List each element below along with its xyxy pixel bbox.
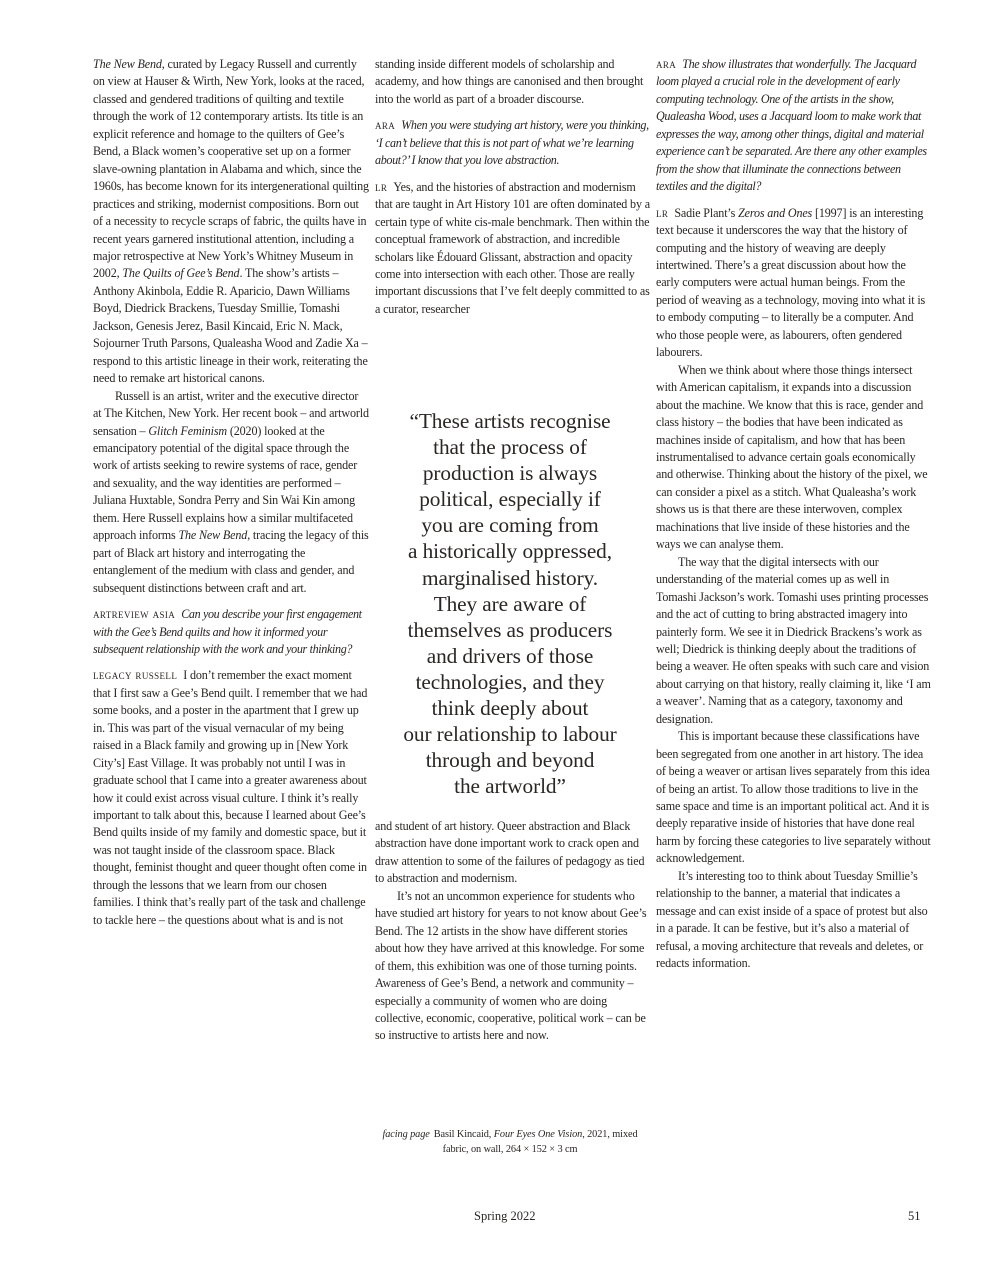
speaker-label: LR xyxy=(656,206,668,220)
column-3: ARAThe show illustrates that wonderfully… xyxy=(656,56,932,973)
speaker-label: LR xyxy=(375,180,387,194)
speaker-label: ArtReview Asia xyxy=(93,607,175,621)
caption-lead: facing page xyxy=(382,1129,429,1140)
page-number: 51 xyxy=(908,1209,921,1224)
answer-2-continued: and student of art history. Queer abstra… xyxy=(375,818,651,888)
image-caption: facing pageBasil Kincaid, Four Eyes One … xyxy=(375,1127,645,1157)
answer-2: LRYes, and the histories of abstraction … xyxy=(375,179,651,319)
answer-3-paragraph-4: This is important because these classifi… xyxy=(656,728,932,868)
issue-label: Spring 2022 xyxy=(474,1209,535,1224)
answer-1-continued: standing inside different models of scho… xyxy=(375,56,651,108)
artwork-title: Four Eyes One Vision xyxy=(494,1129,582,1140)
answer-1: Legacy RussellI don’t remember the exact… xyxy=(93,667,369,929)
speaker-label: ARA xyxy=(656,57,676,71)
answer-3: LRSadie Plant’s Zeros and Ones [1997] is… xyxy=(656,205,932,362)
answer-3-paragraph-5: It’s interesting too to think about Tues… xyxy=(656,868,932,973)
question-2: ARAWhen you were studying art history, w… xyxy=(375,117,651,169)
question-3: ARAThe show illustrates that wonderfully… xyxy=(656,56,932,196)
column-1: The New Bend, curated by Legacy Russell … xyxy=(93,56,369,929)
answer-3-paragraph-3: The way that the digital intersects with… xyxy=(656,554,932,729)
column-2-bottom: and student of art history. Queer abstra… xyxy=(375,818,651,1045)
question-1: ArtReview AsiaCan you describe your firs… xyxy=(93,606,369,658)
speaker-label: ARA xyxy=(375,118,395,132)
speaker-label: Legacy Russell xyxy=(93,668,177,682)
intro-paragraph-2: Russell is an artist, writer and the exe… xyxy=(93,388,369,597)
answer-2-paragraph-2: It’s not an uncommon experience for stud… xyxy=(375,888,651,1045)
pull-quote: “These artists recognise that the proces… xyxy=(375,408,645,799)
answer-3-paragraph-2: When we think about where those things i… xyxy=(656,362,932,554)
column-2-top: standing inside different models of scho… xyxy=(375,56,651,318)
exhibition-title: The New Bend xyxy=(93,57,162,71)
intro-paragraph-1: The New Bend, curated by Legacy Russell … xyxy=(93,56,369,388)
